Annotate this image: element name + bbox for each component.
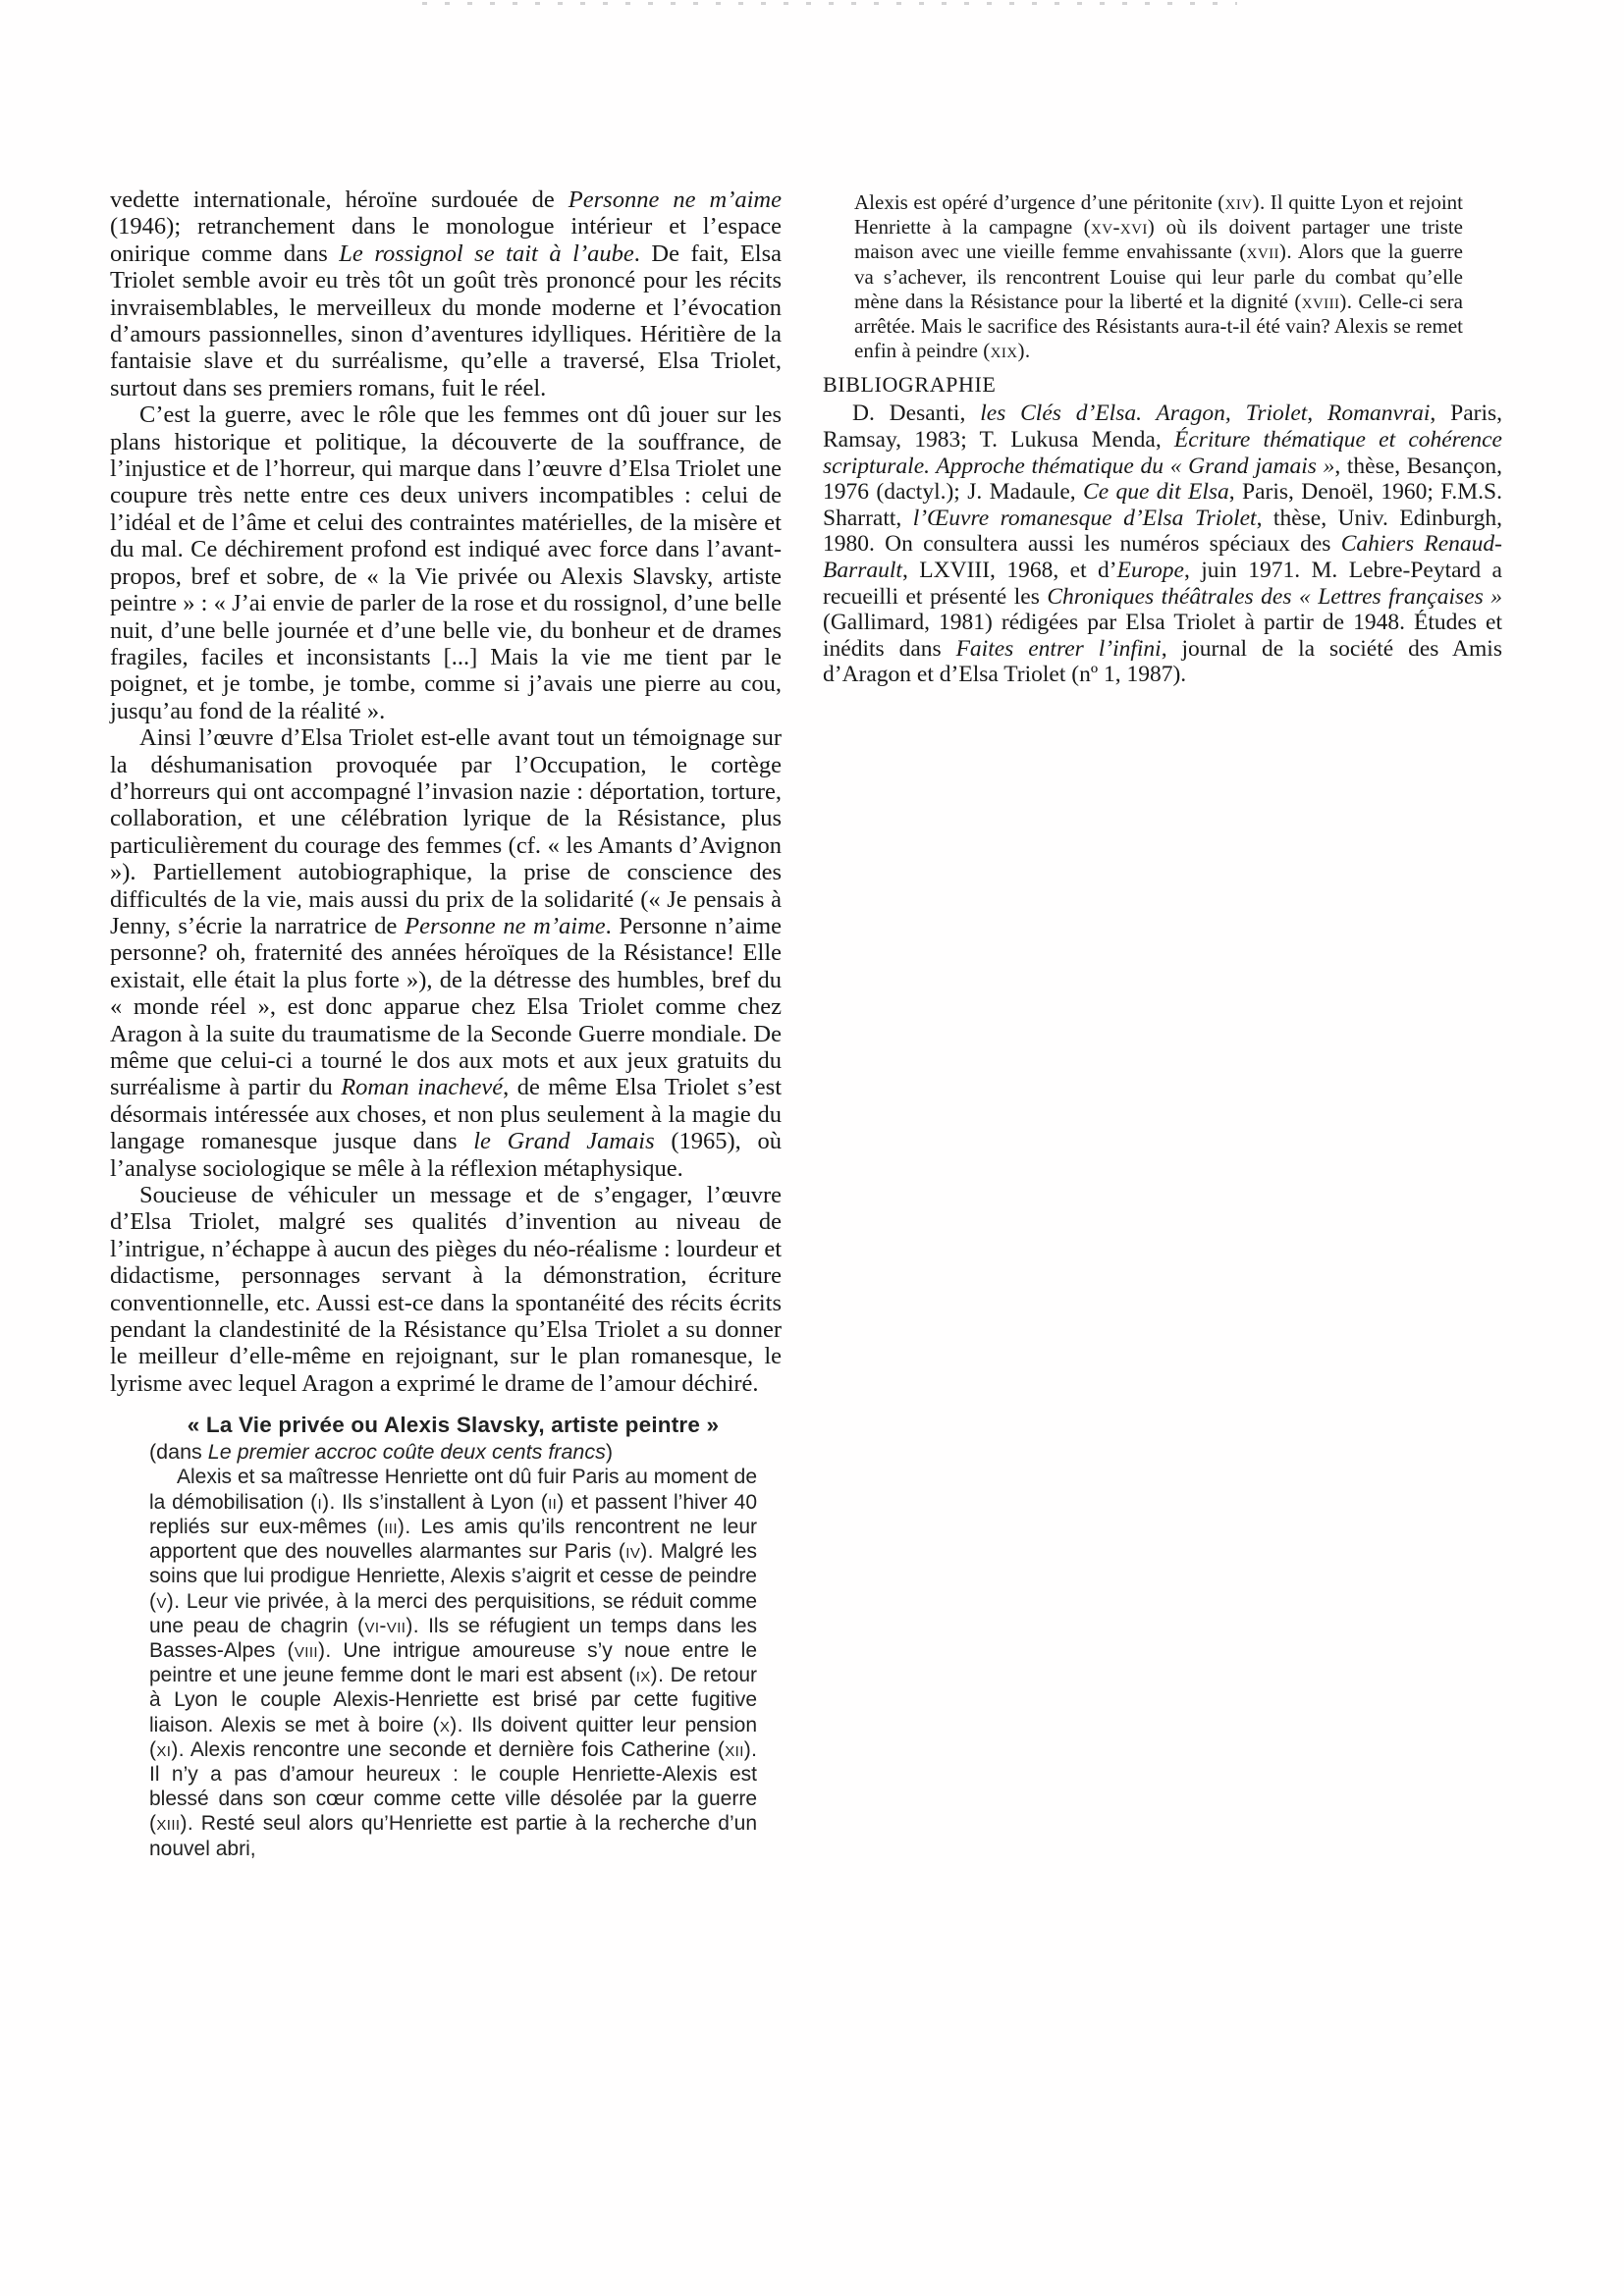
work-summary-continuation: Alexis est opéré d’urgence d’une périton… <box>854 190 1463 363</box>
text-run: (xiv) <box>1218 190 1260 214</box>
text-run: (xvii) <box>1239 240 1286 263</box>
left-column: vedette internationale, héroïne surdouée… <box>110 187 782 1861</box>
text-run: Ainsi l’œuvre d’Elsa Triolet est-elle av… <box>110 724 782 939</box>
text-run: Le premier accroc coûte deux cents franc… <box>208 1440 606 1464</box>
text-run: vedette internationale, héroïne surdouée… <box>110 187 568 213</box>
text-run: (x) <box>432 1714 457 1736</box>
text-run: ) <box>606 1440 613 1464</box>
text-run: (xix) <box>983 339 1025 362</box>
text-run: Chroniques théâtrales des « Lettres fran… <box>1047 584 1502 610</box>
text-run: Europe <box>1117 558 1184 583</box>
right-column: Alexis est opéré d’urgence d’une périton… <box>823 190 1502 688</box>
work-summary-section: « La Vie privée ou Alexis Slavsky, artis… <box>149 1413 757 1860</box>
text-run: Le rossignol se tait à l’aube <box>339 240 633 267</box>
work-summary-source: (dans Le premier accroc coûte deux cents… <box>149 1440 757 1465</box>
text-run: D. Desanti, <box>852 400 980 426</box>
text-run: , LXVIII, 1968, et d’ <box>902 558 1117 583</box>
text-run: Soucieuse de véhiculer un message et de … <box>110 1182 782 1397</box>
body-paragraph-1: vedette internationale, héroïne surdouée… <box>110 187 782 401</box>
scan-edge-artifact <box>422 2 1237 5</box>
text-run: les Clés d’Elsa. Aragon, Triolet, Romanv… <box>980 400 1430 426</box>
text-run: (xv-xvi) <box>1084 215 1156 239</box>
text-run: (vi-vii) <box>357 1615 413 1637</box>
body-paragraph-4: Soucieuse de véhiculer un message et de … <box>110 1182 782 1397</box>
work-summary-paragraph: Alexis et sa maîtresse Henriette ont dû … <box>149 1465 757 1860</box>
text-run: C’est la guerre, avec le rôle que les fe… <box>110 401 782 723</box>
text-run: l’Œuvre romanesque d’Elsa Triolet <box>913 506 1257 531</box>
text-run: le Grand Jamais <box>473 1128 654 1154</box>
text-run: (v) <box>149 1590 174 1613</box>
text-run: Ce que dit Elsa <box>1083 479 1229 505</box>
work-summary-continuation-paragraph: Alexis est opéré d’urgence d’une périton… <box>854 190 1463 363</box>
text-run: Alexis est opéré d’urgence d’une périton… <box>854 190 1218 214</box>
text-run: . Ils doivent quitter leur pension <box>458 1714 757 1736</box>
bibliography-section: BIBLIOGRAPHIE D. Desanti, les Clés d’Els… <box>823 371 1502 688</box>
text-run: . Alexis rencontre une seconde et derniè… <box>179 1738 718 1761</box>
text-run: (xi) <box>149 1738 179 1761</box>
text-run: . Ils s’installent à Lyon <box>330 1491 541 1514</box>
text-run: (xviii) <box>1294 290 1346 313</box>
body-paragraph-3: Ainsi l’œuvre d’Elsa Triolet est-elle av… <box>110 724 782 1182</box>
text-run: Faites entrer l’infini <box>956 636 1162 662</box>
text-run: . Personne n’aime personne? oh, fraterni… <box>110 913 782 1100</box>
text-run: . Resté seul alors qu’Henriette est part… <box>149 1812 757 1859</box>
text-run: (dans <box>149 1440 208 1464</box>
bibliography-heading: BIBLIOGRAPHIE <box>823 371 1502 399</box>
bibliography-paragraph: D. Desanti, les Clés d’Elsa. Aragon, Tri… <box>823 400 1502 688</box>
text-run: (ii) <box>541 1491 565 1514</box>
text-run: Personne ne m’aime <box>405 913 606 939</box>
text-run: (iii) <box>377 1516 406 1538</box>
text-run: (i) <box>310 1491 329 1514</box>
text-run: (xiii) <box>149 1812 188 1835</box>
text-run: (viii) <box>288 1639 326 1662</box>
encyclopedia-page: vedette internationale, héroïne surdouée… <box>0 0 1624 2296</box>
text-run: . <box>1025 339 1030 362</box>
work-summary-heading: « La Vie privée ou Alexis Slavsky, artis… <box>149 1413 757 1438</box>
text-run: (ix) <box>628 1664 658 1686</box>
text-run: (iv) <box>619 1540 648 1563</box>
text-run: Personne ne m’aime <box>568 187 782 213</box>
text-run: Roman inachevé <box>341 1074 503 1100</box>
text-run: (xii) <box>718 1738 751 1761</box>
body-paragraph-2: C’est la guerre, avec le rôle que les fe… <box>110 401 782 724</box>
